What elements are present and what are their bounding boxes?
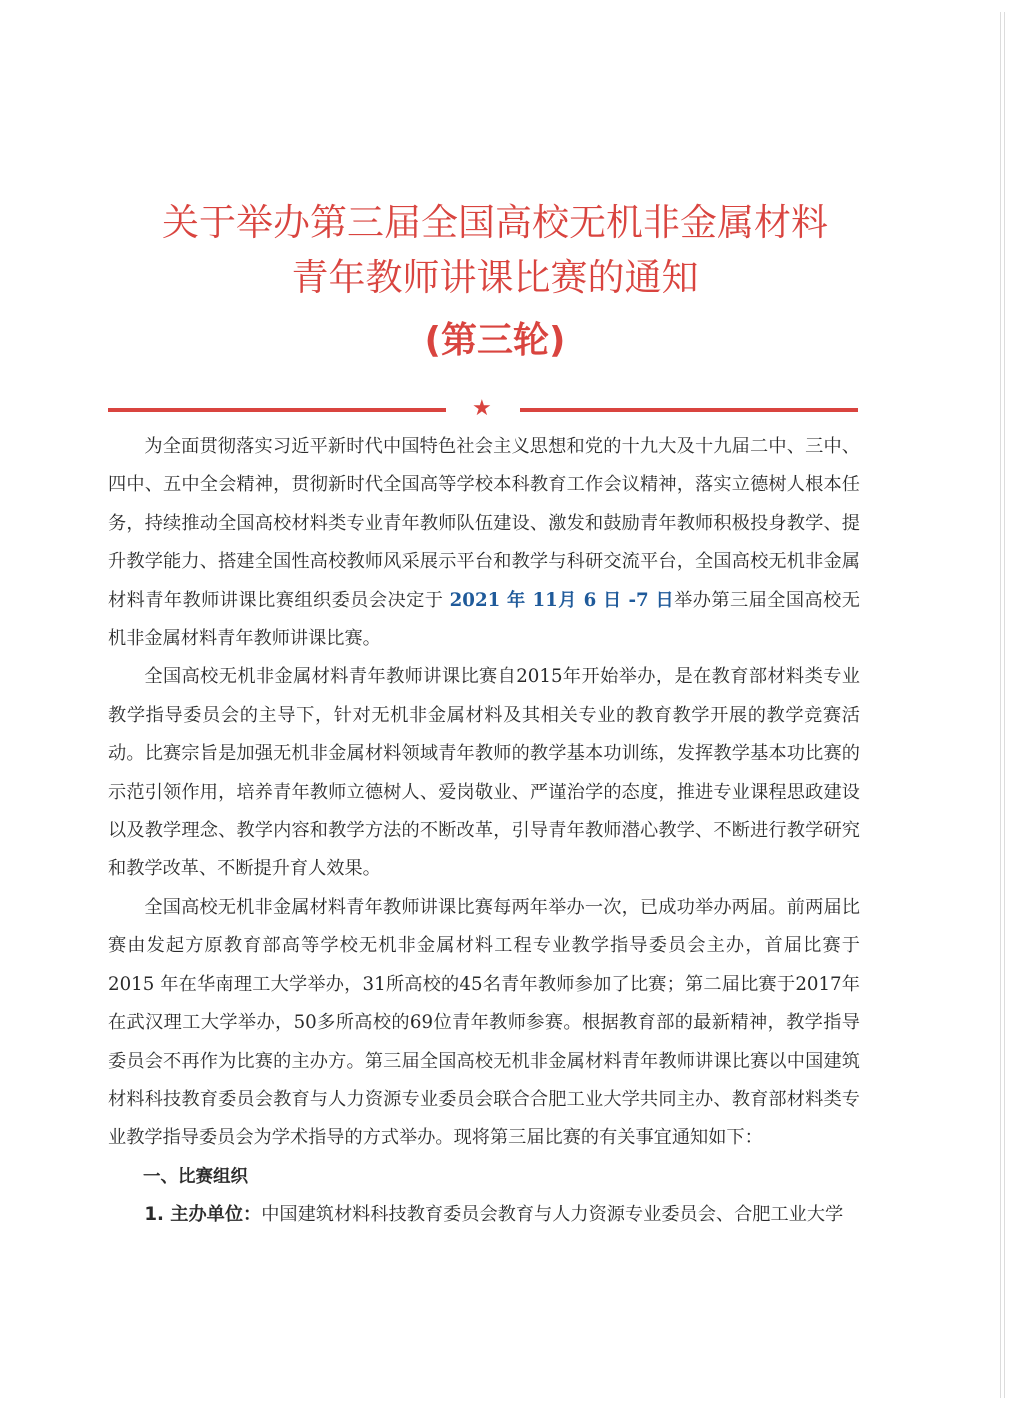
title-divider: ★ <box>108 402 858 418</box>
organizer-text: 中国建筑材料科技教育委员会教育与人力资源专业委员会、合肥工业大学 <box>261 1204 843 1225</box>
divider-bar-right <box>520 408 858 412</box>
paragraph-background: 全国高校无机非金属材料青年教师讲课比赛自2015年开始举办，是在教育部材料类专业… <box>108 658 860 888</box>
paragraph-intro-text: 为全面贯彻落实习近平新时代中国特色社会主义思想和党的十九大及十九届二中、三中、四… <box>108 436 860 611</box>
document-title-line-2: 青年教师讲课比赛的通知 <box>0 247 990 301</box>
page-edge-line <box>1000 12 1001 1398</box>
event-date: 2021 年 11月 6 日 -7 日 <box>450 590 674 611</box>
paragraph-history: 全国高校无机非金属材料青年教师讲课比赛每两年举办一次，已成功举办两届。前两届比赛… <box>108 889 860 1158</box>
document-body: 为全面贯彻落实习近平新时代中国特色社会主义思想和党的十九大及十九届二中、三中、四… <box>108 428 860 1235</box>
star-icon: ★ <box>472 394 492 424</box>
divider-bar-left <box>108 408 446 412</box>
organizer-item: 1. 主办单位：中国建筑材料科技教育委员会教育与人力资源专业委员会、合肥工业大学 <box>108 1196 860 1234</box>
document-title-round: (第三轮) <box>0 312 990 363</box>
document-title-line-1: 关于举办第三届全国高校无机非金属材料 <box>0 192 990 246</box>
paragraph-intro: 为全面贯彻落实习近平新时代中国特色社会主义思想和党的十九大及十九届二中、三中、四… <box>108 428 860 658</box>
section-heading-organization: 一、比赛组织 <box>108 1158 860 1196</box>
organizer-label: 1. 主办单位： <box>144 1204 261 1225</box>
page-edge-line <box>1004 12 1005 1398</box>
